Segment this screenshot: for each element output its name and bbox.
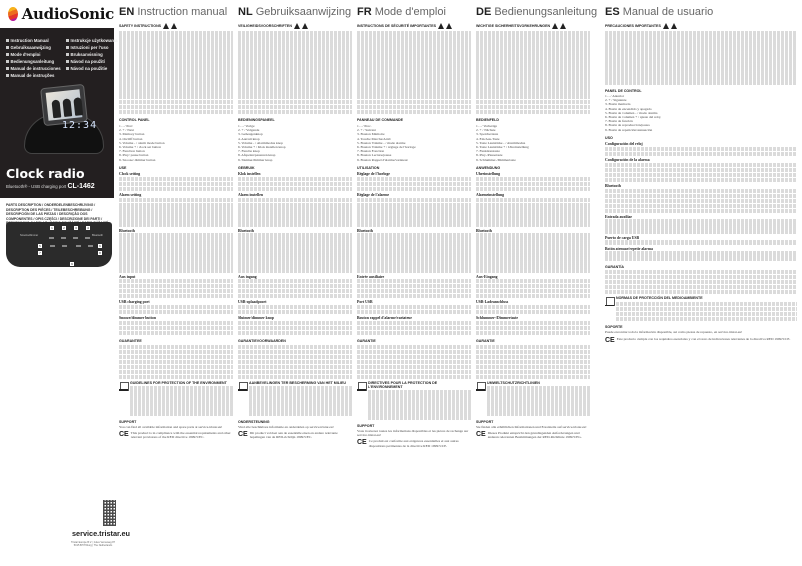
ce-mark-icon: CE (357, 439, 367, 447)
body-text-line (476, 105, 590, 109)
use-heading: USO (605, 136, 797, 140)
subsection-heading: Entrée auxiliaire (357, 275, 471, 279)
body-text-line (476, 207, 590, 211)
environment-heading: GUIDELINES FOR PROTECTION OF THE ENVIRON… (130, 381, 233, 385)
body-text-line (130, 406, 233, 410)
warning-triangle-icon (294, 23, 300, 29)
use-heading: USE (119, 166, 233, 170)
body-text-line (605, 204, 797, 208)
bullet-square-icon (6, 74, 9, 77)
body-text-line (357, 177, 471, 181)
subsection-heading: Alarmeinstellung (476, 193, 590, 197)
body-text-line (357, 263, 471, 267)
body-text-line (357, 253, 471, 257)
body-text-line (238, 263, 352, 267)
crossed-bin-icon (476, 381, 485, 391)
parts-diagram: 1 2 3 4 Snooze/dimmer Bluetooth 5 6 7 8 … (6, 222, 112, 267)
body-text-line (476, 355, 590, 359)
manual-title: Gebruiksaanwijzing (256, 6, 351, 18)
bullet-square-icon (6, 53, 9, 56)
use-heading: ANWENDUNG (476, 166, 590, 170)
body-text-line (357, 326, 471, 330)
body-text-line (605, 31, 797, 35)
body-text-line (357, 105, 471, 109)
bluetooth-label: Bluetooth (92, 234, 103, 237)
subsection-heading: Aux ingang (238, 275, 352, 279)
body-text-line (605, 75, 797, 79)
body-text-line (368, 400, 471, 404)
subsection-heading: Puerto de carga USB (605, 236, 797, 240)
support-text: Vind alle beschikbare informatie en onde… (238, 425, 352, 429)
body-text-line (605, 152, 797, 156)
body-text-line (357, 289, 471, 293)
body-text-line (357, 70, 471, 74)
use-heading: UTILISATION (357, 166, 471, 170)
body-text-line (238, 310, 352, 314)
body-text-line (357, 182, 471, 186)
body-text-line (357, 370, 471, 374)
body-text-line (238, 65, 352, 69)
body-text-line (476, 370, 590, 374)
guarantee-heading: GARANTÍA (605, 265, 797, 269)
column-en: EN Instruction manualSAFETY INSTRUCTIONS… (119, 6, 233, 440)
support-heading: SUPPORT (119, 420, 233, 424)
subsection-heading: Bluetooth (476, 229, 590, 233)
body-text-line (357, 187, 471, 191)
body-text-line (357, 60, 471, 64)
body-text-line (249, 396, 352, 400)
subsection-heading: Aux input (119, 275, 233, 279)
body-text-line (357, 31, 471, 35)
warning-triangle-icon (171, 23, 177, 29)
bullet-square-icon (6, 67, 9, 70)
body-text-line (476, 182, 590, 186)
body-text-line (238, 60, 352, 64)
language-item: Bruksanvisning (66, 52, 120, 57)
warning-triangle-icon (560, 23, 566, 29)
body-text-line (119, 305, 233, 309)
body-text-line (238, 100, 352, 104)
body-text-line (605, 270, 797, 274)
control-panel-heading: BEDIENFELD (476, 118, 590, 122)
callout-8: 8 (98, 251, 102, 255)
body-text-line (119, 365, 233, 369)
body-text-line (476, 100, 590, 104)
control-panel-heading: PANEL DE CONTROL (605, 89, 797, 93)
body-text-line (119, 238, 233, 242)
body-text-line (616, 307, 797, 311)
body-text-line (119, 263, 233, 267)
warning-triangle-icon (302, 23, 308, 29)
body-text-line (238, 331, 352, 335)
bullet-square-icon (6, 60, 9, 63)
body-text-line (238, 70, 352, 74)
body-text-line (605, 219, 797, 223)
bullet-square-icon (66, 53, 69, 56)
body-text-line (476, 212, 590, 216)
guarantee-heading: GARANTIE (476, 339, 590, 343)
language-item: Návod na použitie (66, 66, 120, 71)
body-text-line (357, 100, 471, 104)
bullet-square-icon (6, 39, 9, 42)
body-text-line (119, 212, 233, 216)
language-item: Manual de instruções (6, 73, 66, 78)
body-text-line (605, 40, 797, 44)
body-text-line (238, 238, 352, 242)
environment-heading: NORMAS DE PROTECCIÓN DEL MEDIOAMBIENTE (616, 296, 797, 300)
body-text-line (605, 45, 797, 49)
body-text-line (476, 45, 590, 49)
ce-mark-icon: CE (476, 431, 486, 439)
language-heading: FR Mode d'emploi (357, 6, 471, 19)
subsection-heading: USB-Ladeanschluss (476, 300, 590, 304)
subsection-heading: Bluetooth (605, 184, 797, 188)
subsection-heading: Clock setting (119, 172, 233, 176)
body-text-line (238, 321, 352, 325)
body-text-line (238, 284, 352, 288)
body-text-line (238, 253, 352, 257)
body-text-line (119, 40, 233, 44)
language-item: Istruzioni per l'uso (66, 45, 120, 50)
model-number: CL-1462 (67, 183, 94, 190)
language-item: Návod na použití (66, 59, 120, 64)
support-text: You can find all available information a… (119, 425, 233, 429)
body-text-line (238, 31, 352, 35)
body-text-line (238, 50, 352, 54)
body-text-line (119, 60, 233, 64)
body-text-line (357, 331, 471, 335)
callout-4: 4 (86, 226, 90, 230)
control-list-item: 9. Sluimer/dimmer knop (238, 158, 352, 162)
warning-triangle-icon (446, 23, 452, 29)
qr-code-icon (103, 500, 116, 526)
body-text-line (238, 360, 352, 364)
subsection-heading: Bouton rappel d'alarme/variateur (357, 316, 471, 320)
bullet-square-icon (66, 39, 69, 42)
callout-9: 9 (70, 262, 74, 266)
body-text-line (476, 222, 590, 226)
body-text-line (119, 100, 233, 104)
subsection-heading: Configuración del reloj (605, 142, 797, 146)
product-photo: 12:34 (18, 86, 102, 154)
body-text-line (476, 263, 590, 267)
body-text-line (605, 50, 797, 54)
body-text-line (238, 187, 352, 191)
safety-heading: INSTRUCTIONS DE SÉCURITÉ IMPORTANTES (357, 23, 471, 29)
control-panel-heading: CONTROL PANEL (119, 118, 233, 122)
body-text-line (605, 240, 797, 244)
body-text-line (605, 80, 797, 84)
callout-2: 2 (62, 226, 66, 230)
body-text-line (476, 187, 590, 191)
body-text-line (357, 233, 471, 237)
product-title-block: Clock radio Bluetooth® - USB charging po… (6, 166, 95, 190)
body-text-line (357, 80, 471, 84)
subsection-heading: Alarm instellen (238, 193, 352, 197)
subsection-heading: Port USB (357, 300, 471, 304)
body-text-line (119, 50, 233, 54)
body-text-line (119, 355, 233, 359)
ce-mark-icon: CE (119, 431, 129, 439)
body-text-line (605, 189, 797, 193)
body-text-line (249, 386, 352, 390)
body-text-line (357, 258, 471, 262)
language-heading: NL Gebruiksaanwijzing (238, 6, 352, 19)
body-text-line (238, 203, 352, 207)
body-text-line (476, 268, 590, 272)
subsection-heading: Réglage de l'horloge (357, 172, 471, 176)
column-nl: NL GebruiksaanwijzingVEILIGHEIDSVOORSCHR… (238, 6, 352, 440)
body-text-line (476, 65, 590, 69)
body-text-line (476, 80, 590, 84)
subsection-heading: USB charging port (119, 300, 233, 304)
body-text-line (119, 31, 233, 35)
subsection-heading: Entrada auxiliar (605, 215, 797, 219)
body-text-line (119, 233, 233, 237)
body-text-line (476, 70, 590, 74)
warning-triangle-icon (163, 23, 169, 29)
body-text-line (605, 178, 797, 182)
body-text-line (238, 40, 352, 44)
body-text-line (119, 375, 233, 379)
body-text-line (357, 45, 471, 49)
body-text-line (476, 90, 590, 94)
body-text-line (130, 396, 233, 400)
body-text-line (357, 321, 471, 325)
body-text-line (357, 268, 471, 272)
service-url[interactable]: service.tristar.eu (72, 529, 130, 538)
callout-7: 7 (38, 251, 42, 255)
body-text-line (476, 233, 590, 237)
body-text-line (605, 194, 797, 198)
support-text: Puede encontrar toda la información disp… (605, 330, 797, 334)
body-text-line (476, 284, 590, 288)
product-title: Clock radio (6, 166, 95, 181)
body-text-line (238, 370, 352, 374)
manual-cover: AudioSonic Instruction Manual Instrukcje… (0, 0, 114, 566)
body-text-line (119, 350, 233, 354)
body-text-line (476, 31, 590, 35)
body-text-line (357, 95, 471, 99)
body-text-line (357, 55, 471, 59)
body-text-line (476, 345, 590, 349)
body-text-line (616, 312, 797, 316)
body-text-line (119, 253, 233, 257)
language-item: Gebruiksaanwijzing (6, 45, 66, 50)
body-text-line (119, 294, 233, 298)
environment-heading: DIRECTIVES POUR LA PROTECTION DE L'ENVIR… (368, 381, 471, 389)
body-text-line (357, 207, 471, 211)
body-text-line (238, 55, 352, 59)
body-text-line (476, 331, 590, 335)
body-text-line (119, 289, 233, 293)
body-text-line (119, 360, 233, 364)
body-text-line (605, 199, 797, 203)
body-text-line (476, 55, 590, 59)
body-text-line (605, 209, 797, 213)
language-heading: EN Instruction manual (119, 6, 233, 19)
body-text-line (119, 310, 233, 314)
language-item: Instruction Manual (6, 38, 66, 43)
body-text-line (605, 168, 797, 172)
bullet-square-icon (66, 67, 69, 70)
body-text-line (119, 370, 233, 374)
body-text-line (476, 305, 590, 309)
body-text-line (238, 222, 352, 226)
body-text-line (487, 401, 590, 405)
body-text-line (605, 147, 797, 151)
body-text-line (357, 222, 471, 226)
subsection-heading: Botón atenuar/repetir alarma (605, 247, 797, 251)
ce-compliance-text: Este producto cumple con los requisitos … (617, 337, 791, 344)
body-text-line (238, 375, 352, 379)
body-text-line (119, 217, 233, 221)
body-text-line (357, 305, 471, 309)
body-text-line (119, 331, 233, 335)
warning-triangle-icon (552, 23, 558, 29)
body-text-line (119, 243, 233, 247)
body-text-line (476, 289, 590, 293)
subsection-heading: Alarm setting (119, 193, 233, 197)
body-text-line (476, 360, 590, 364)
body-text-line (238, 305, 352, 309)
use-heading: GEBRUIK (238, 166, 352, 170)
manual-title: Instruction manual (137, 6, 227, 18)
body-text-line (357, 248, 471, 252)
subsection-heading: Klok instellen (238, 172, 352, 176)
safety-heading: SAFETY INSTRUCTIONS (119, 23, 233, 29)
body-text-line (368, 390, 471, 394)
body-text-line (357, 355, 471, 359)
body-text-line (238, 365, 352, 369)
body-text-line (357, 40, 471, 44)
body-text-line (119, 65, 233, 69)
body-text-line (119, 222, 233, 226)
body-text-line (605, 285, 797, 289)
body-text-line (476, 35, 590, 39)
body-text-line (357, 350, 471, 354)
body-text-line (476, 350, 590, 354)
body-text-line (487, 396, 590, 400)
body-text-line (476, 60, 590, 64)
body-text-line (119, 279, 233, 283)
body-text-line (476, 238, 590, 242)
subsection-heading: Aux-Eingang (476, 275, 590, 279)
body-text-line (238, 294, 352, 298)
body-text-line (476, 253, 590, 257)
body-text-line (476, 243, 590, 247)
body-text-line (119, 326, 233, 330)
body-text-line (605, 173, 797, 177)
language-list: Instruction Manual Instrukcje użytkowani… (0, 28, 114, 78)
clock-display: 12:34 (62, 120, 97, 131)
body-text-line (238, 212, 352, 216)
support-heading: ONDERSTEUNING (238, 420, 352, 424)
bullet-square-icon (6, 46, 9, 49)
body-text-line (357, 284, 471, 288)
company-address: Tristar Europe B.V. | Jules Verneweg 87 … (70, 541, 116, 547)
body-text-line (357, 212, 471, 216)
body-text-line (605, 224, 797, 228)
body-text-line (487, 411, 590, 415)
body-text-line (476, 375, 590, 379)
body-text-line (238, 182, 352, 186)
crossed-bin-icon (605, 296, 614, 306)
crossed-bin-icon (119, 381, 128, 391)
body-text-line (487, 386, 590, 390)
subsection-heading: Sluimer/dimmer knop (238, 316, 352, 320)
control-list-item: 9. Botón de repetición/atenuación (605, 128, 797, 132)
body-text-line (476, 294, 590, 298)
subsection-heading: Réglage de l'alarme (357, 193, 471, 197)
body-text-line (357, 85, 471, 89)
body-text-line (249, 391, 352, 395)
body-text-line (476, 321, 590, 325)
body-text-line (476, 203, 590, 207)
warning-triangle-icon (663, 23, 669, 29)
body-text-line (238, 85, 352, 89)
manual-title: Mode d'emploi (375, 6, 446, 18)
body-text-line (119, 203, 233, 207)
body-text-line (119, 45, 233, 49)
brand-logo: AudioSonic (0, 0, 114, 28)
body-text-line (357, 279, 471, 283)
body-text-line (238, 243, 352, 247)
body-text-line (357, 90, 471, 94)
body-text-line (238, 268, 352, 272)
body-text-line (119, 187, 233, 191)
cover-banner: Instruction Manual Instrukcje użytkowani… (0, 28, 114, 198)
environment-heading: UMWELTSCHUTZRICHTLINIEN (487, 381, 590, 385)
body-text-line (476, 85, 590, 89)
body-text-line (238, 75, 352, 79)
guarantee-heading: GUARANTEE (119, 339, 233, 343)
body-text-line (476, 110, 590, 114)
body-text-line (238, 177, 352, 181)
support-heading: SUPPORT (357, 424, 471, 428)
control-panel-heading: BEDIENINGSPANEEL (238, 118, 352, 122)
body-text-line (368, 410, 471, 414)
body-text-line (476, 95, 590, 99)
subsection-heading: USB-oplaadpoort (238, 300, 352, 304)
callout-5: 5 (38, 244, 42, 248)
body-text-line (605, 60, 797, 64)
body-text-line (119, 85, 233, 89)
body-text-line (357, 243, 471, 247)
control-list-item: 9. Schlummer-/Dimmertaste (476, 158, 590, 162)
body-text-line (616, 302, 797, 306)
body-text-line (119, 90, 233, 94)
body-text-line (119, 198, 233, 202)
body-text-line (238, 345, 352, 349)
body-text-line (249, 401, 352, 405)
audiosonic-logo-icon (8, 7, 18, 21)
body-text-line (476, 279, 590, 283)
language-heading: ES Manual de usuario (605, 6, 797, 19)
body-text-line (119, 95, 233, 99)
body-text-line (605, 251, 797, 255)
language-item: Mode d'emploi (6, 52, 66, 57)
body-text-line (357, 375, 471, 379)
language-heading: DE Bedienungsanleitung (476, 6, 590, 19)
body-text-line (605, 275, 797, 279)
ce-compliance-text: Ce produit est conforme aux exigences es… (369, 439, 471, 447)
safety-heading: PRECAUCIONES IMPORTANTES (605, 23, 797, 29)
language-item: Instrukcje użytkowania (66, 38, 120, 43)
bullet-square-icon (66, 46, 69, 49)
body-text-line (357, 110, 471, 114)
body-text-line (357, 360, 471, 364)
